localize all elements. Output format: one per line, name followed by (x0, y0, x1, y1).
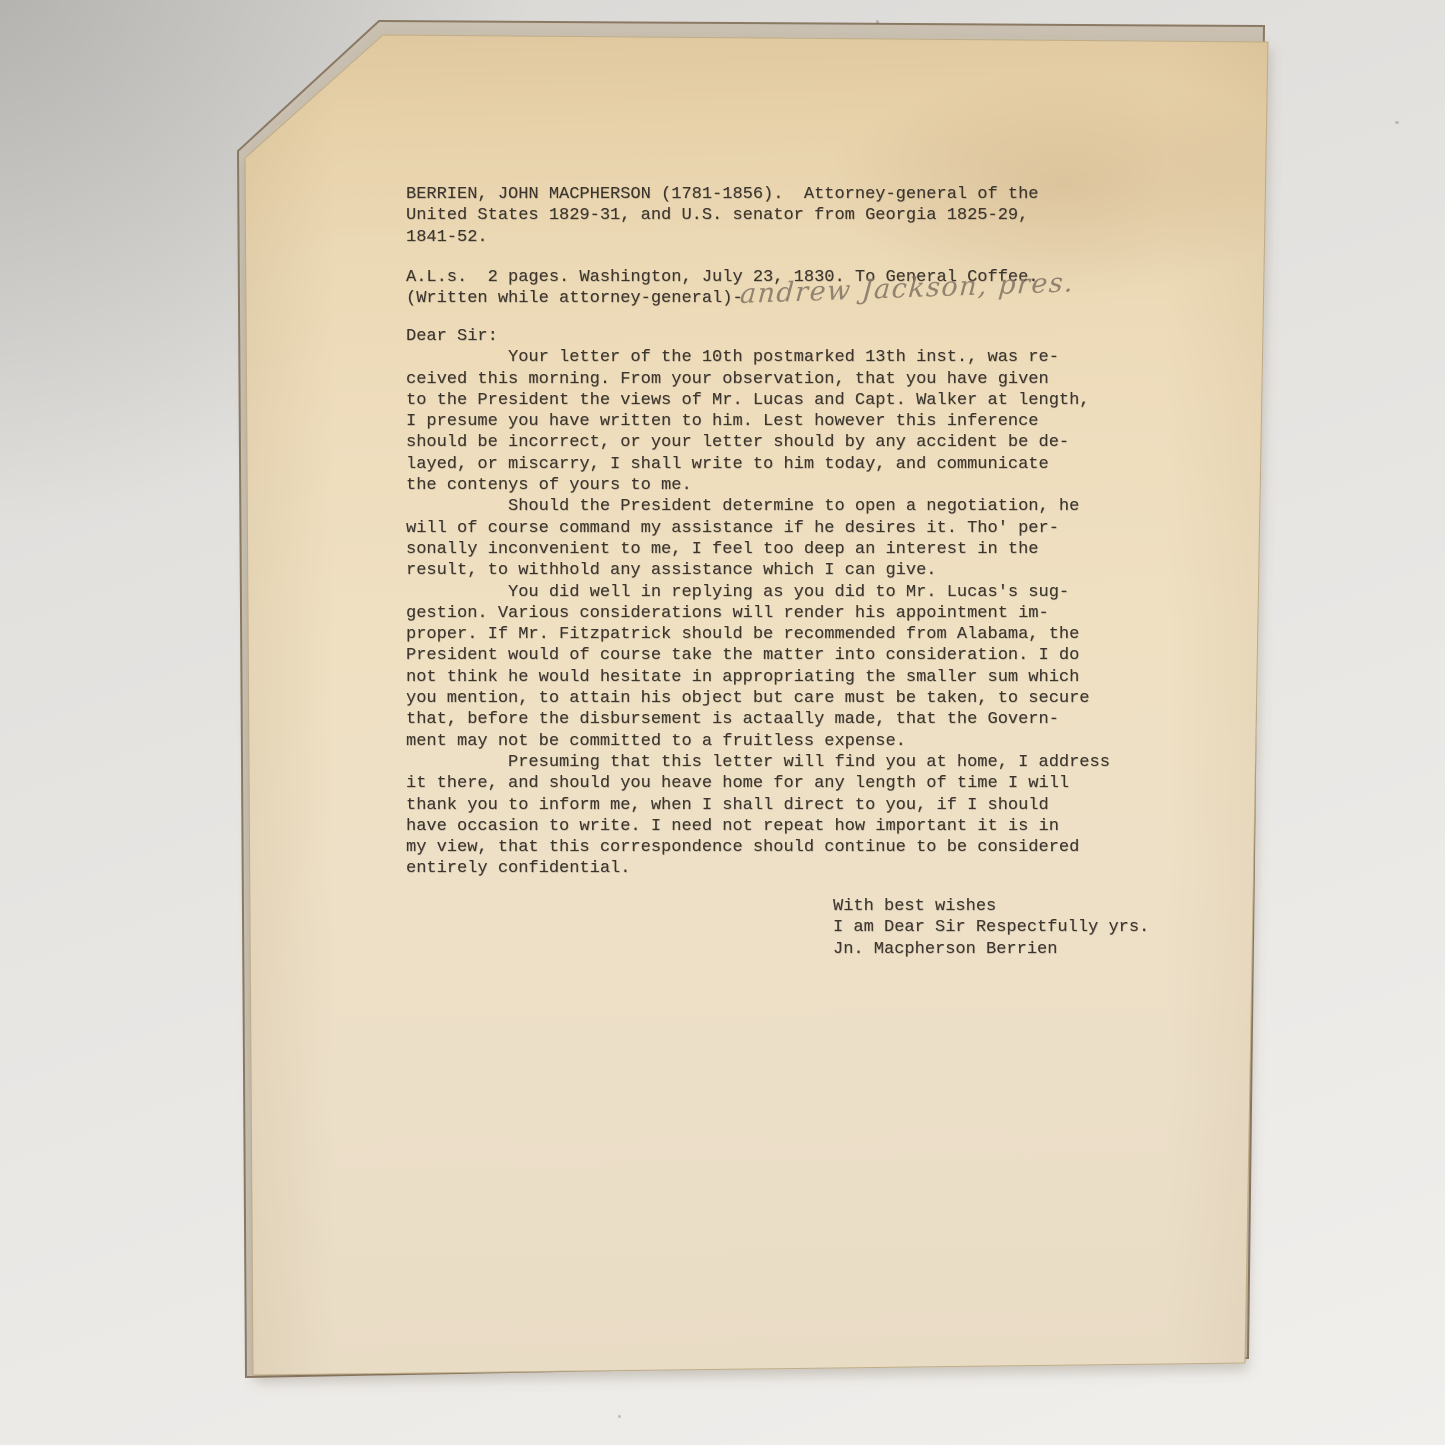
letter-body: Dear Sir: Your letter of the 10th postma… (406, 326, 1110, 880)
photo-background: BERRIEN, JOHN MACPHERSON (1781-1856). At… (0, 0, 1445, 1445)
dust-speck (1395, 121, 1399, 124)
dust-speck (876, 20, 879, 24)
document-text-layer: BERRIEN, JOHN MACPHERSON (1781-1856). At… (0, 0, 1445, 1445)
letter-closing: With best wishes I am Dear Sir Respectfu… (833, 896, 1149, 960)
dust-speck (618, 1415, 621, 1418)
document-heading: BERRIEN, JOHN MACPHERSON (1781-1856). At… (406, 184, 1039, 248)
